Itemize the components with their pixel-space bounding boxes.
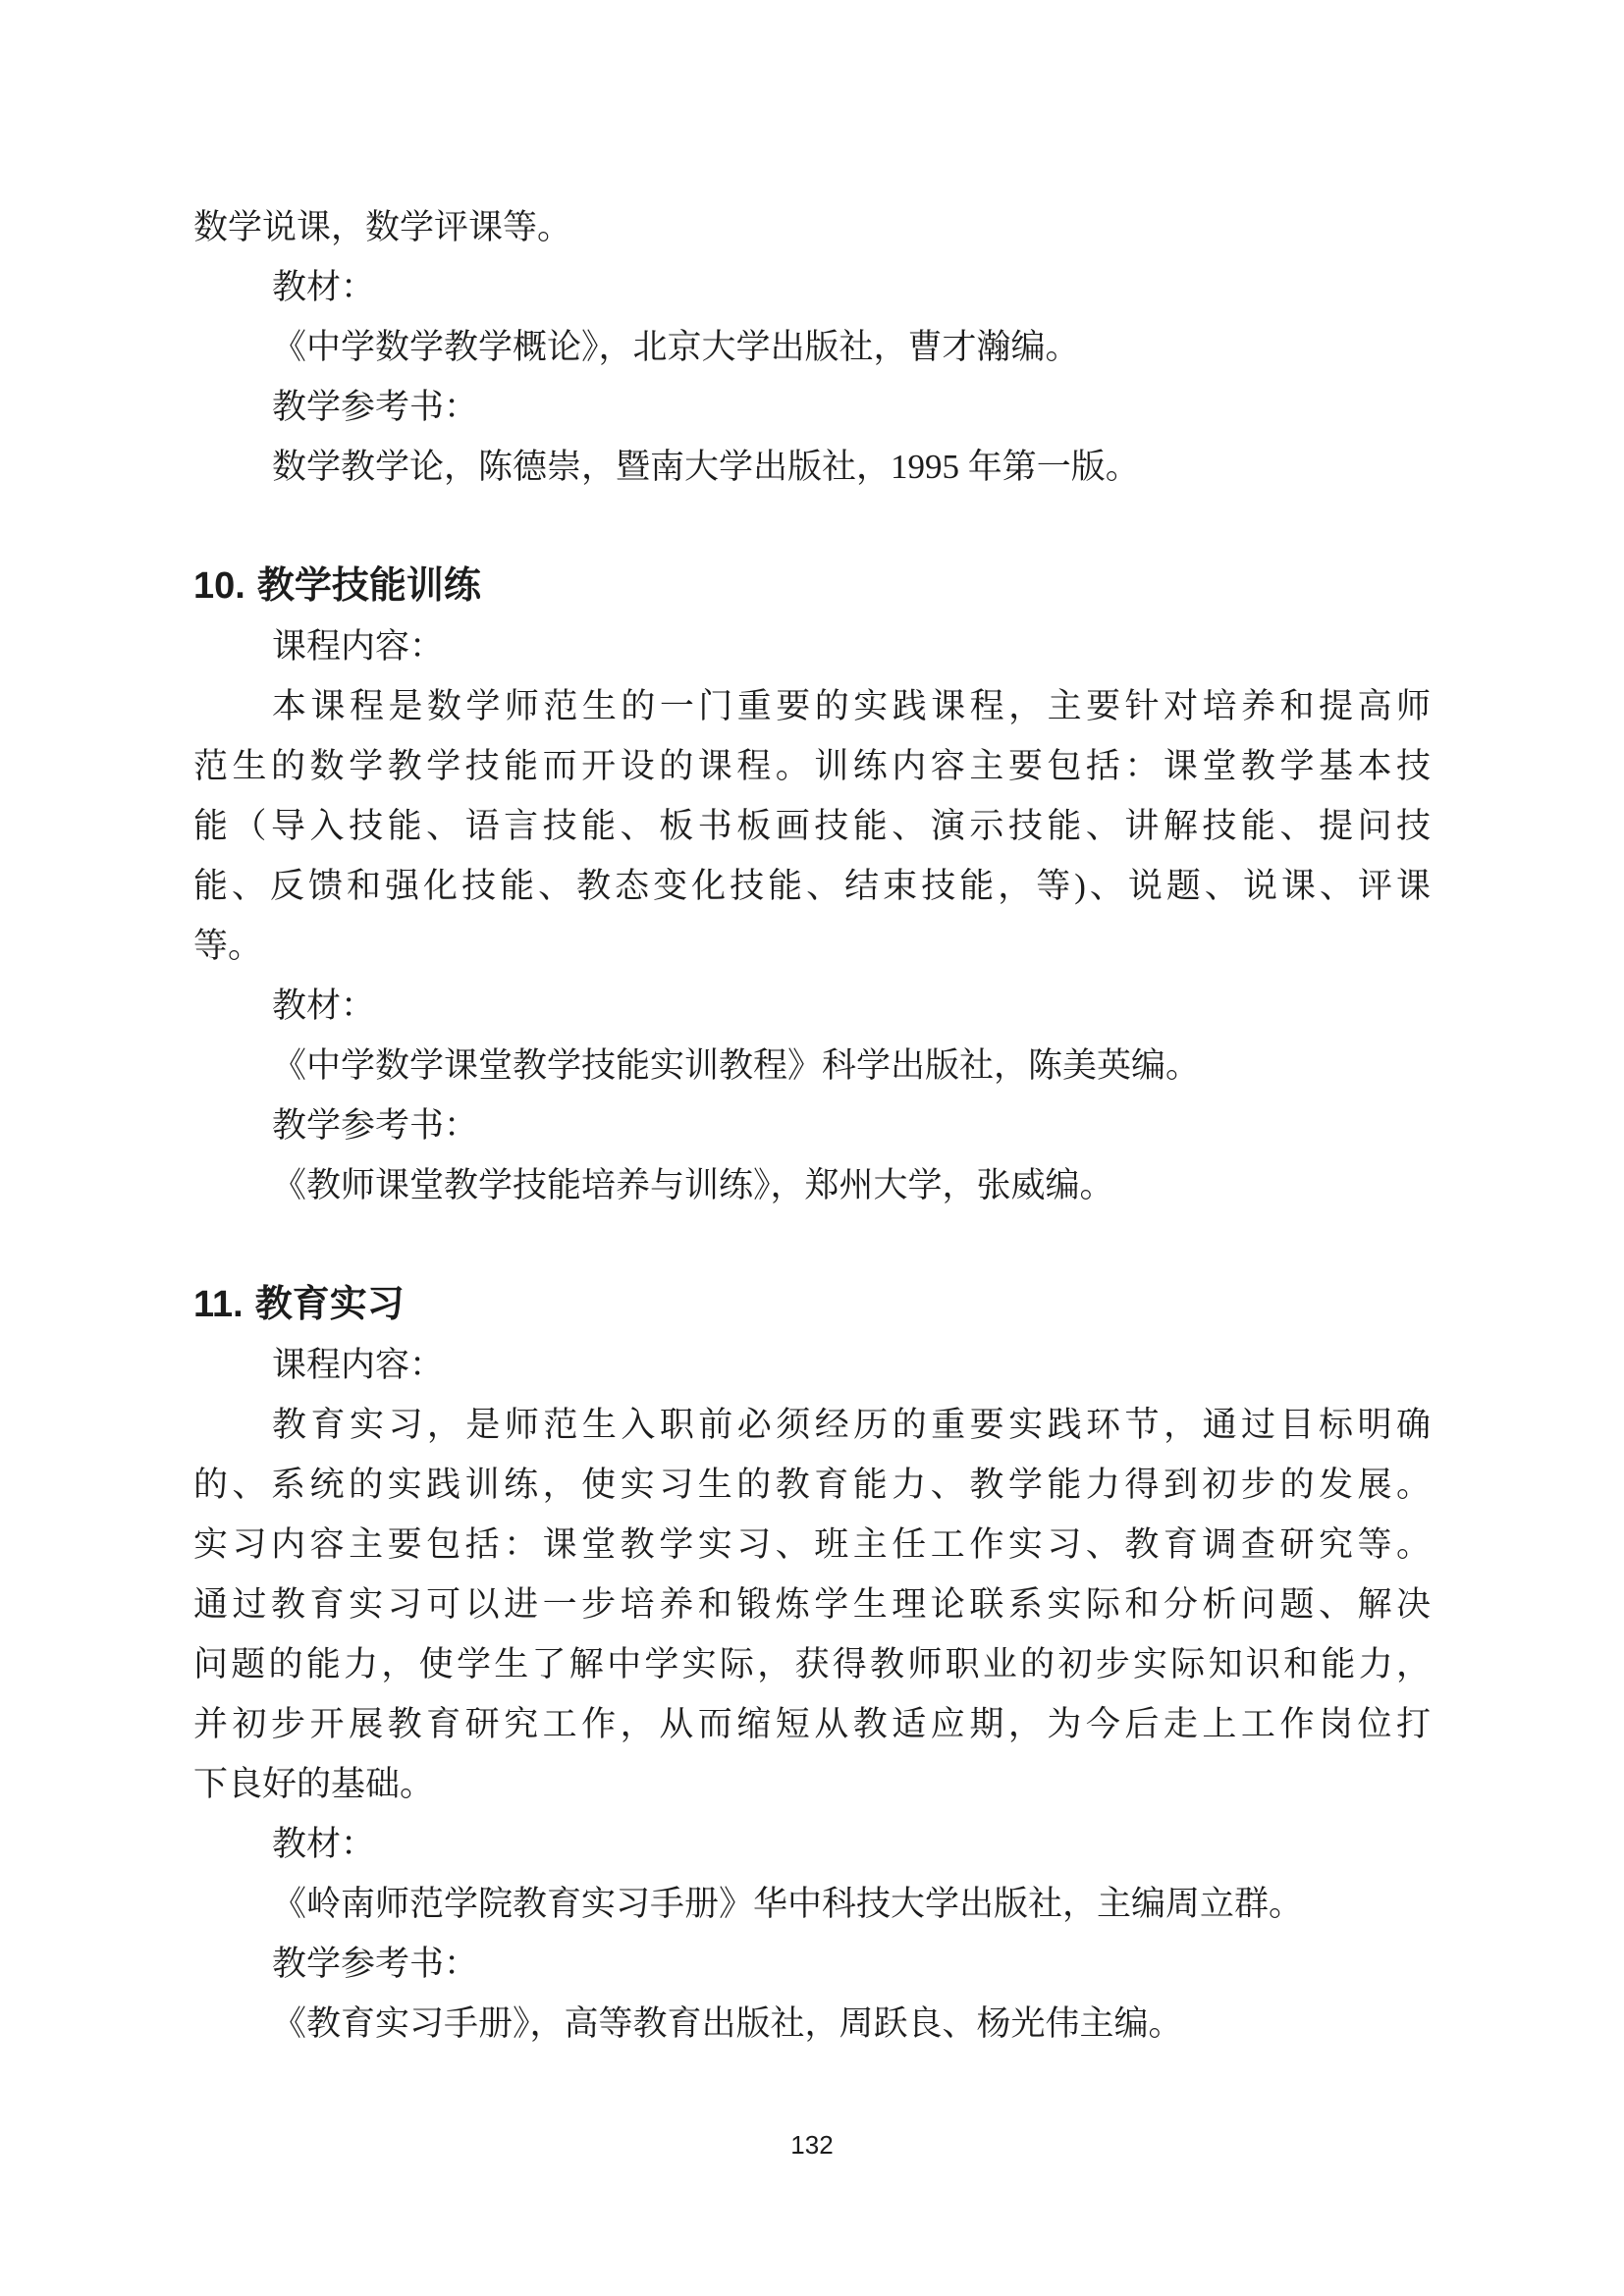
text-line: 数学说课，数学评课等。	[193, 197, 1431, 257]
text-line: 问题的能力，使学生了解中学实际，获得教师职业的初步实际知识和能力，	[193, 1634, 1431, 1694]
text-line: 范生的数学教学技能而开设的课程。训练内容主要包括：课堂教学基本技	[193, 736, 1431, 796]
reference-entry: 《教育实习手册》，高等教育出版社，周跃良、杨光伟主编。	[193, 1994, 1431, 2054]
text-line: 并初步开展教育研究工作，从而缩短从教适应期，为今后走上工作岗位打	[193, 1694, 1431, 1754]
document-body: 数学说课，数学评课等。 教材： 《中学数学教学概论》，北京大学出版社，曹才瀚编。…	[193, 197, 1431, 2054]
text-line: 等。	[193, 916, 1431, 976]
reference-label: 教学参考书：	[193, 1095, 1431, 1155]
text-line: 教育实习，是师范生入职前必须经历的重要实践环节，通过目标明确	[193, 1395, 1431, 1455]
course-content-label: 课程内容：	[193, 1335, 1431, 1395]
text-line: 下良好的基础。	[193, 1754, 1431, 1814]
section-11-heading: 11.教育实习	[193, 1275, 1431, 1335]
course-content-label: 课程内容：	[193, 616, 1431, 676]
page-number: 132	[0, 2129, 1624, 2161]
document-page: 数学说课，数学评课等。 教材： 《中学数学教学概论》，北京大学出版社，曹才瀚编。…	[0, 0, 1624, 2296]
text-line: 实习内容主要包括：课堂教学实习、班主任工作实习、教育调查研究等。	[193, 1515, 1431, 1575]
text-line: 通过教育实习可以进一步培养和锻炼学生理论联系实际和分析问题、解决	[193, 1575, 1431, 1634]
textbook-entry: 《岭南师范学院教育实习手册》华中科技大学出版社，主编周立群。	[193, 1874, 1431, 1934]
section-11-number: 11.	[193, 1284, 244, 1325]
text-line: 本课程是数学师范生的一门重要的实践课程，主要针对培养和提高师	[193, 676, 1431, 736]
textbook-entry: 《中学数学教学概论》，北京大学出版社，曹才瀚编。	[193, 317, 1431, 377]
section-11-title: 教育实习	[255, 1284, 405, 1325]
reference-label: 教学参考书：	[193, 377, 1431, 437]
section-10-heading: 10.教学技能训练	[193, 557, 1431, 616]
section-10-number: 10.	[193, 565, 245, 607]
reference-entry: 数学教学论，陈德崇，暨南大学出版社，1995 年第一版。	[193, 437, 1431, 497]
reference-label: 教学参考书：	[193, 1934, 1431, 1994]
reference-entry: 《教师课堂教学技能培养与训练》，郑州大学，张威编。	[193, 1155, 1431, 1215]
text-line: 能、反馈和强化技能、教态变化技能、结束技能，等)、说题、说课、评课	[193, 856, 1431, 916]
textbook-entry: 《中学数学课堂教学技能实训教程》科学出版社，陈美英编。	[193, 1036, 1431, 1095]
section-10-title: 教学技能训练	[257, 565, 481, 607]
text-line: 能（导入技能、语言技能、板书板画技能、演示技能、讲解技能、提问技	[193, 796, 1431, 856]
textbook-label: 教材：	[193, 257, 1431, 317]
textbook-label: 教材：	[193, 976, 1431, 1036]
text-line: 的、系统的实践训练，使实习生的教育能力、教学能力得到初步的发展。	[193, 1455, 1431, 1515]
textbook-label: 教材：	[193, 1814, 1431, 1874]
